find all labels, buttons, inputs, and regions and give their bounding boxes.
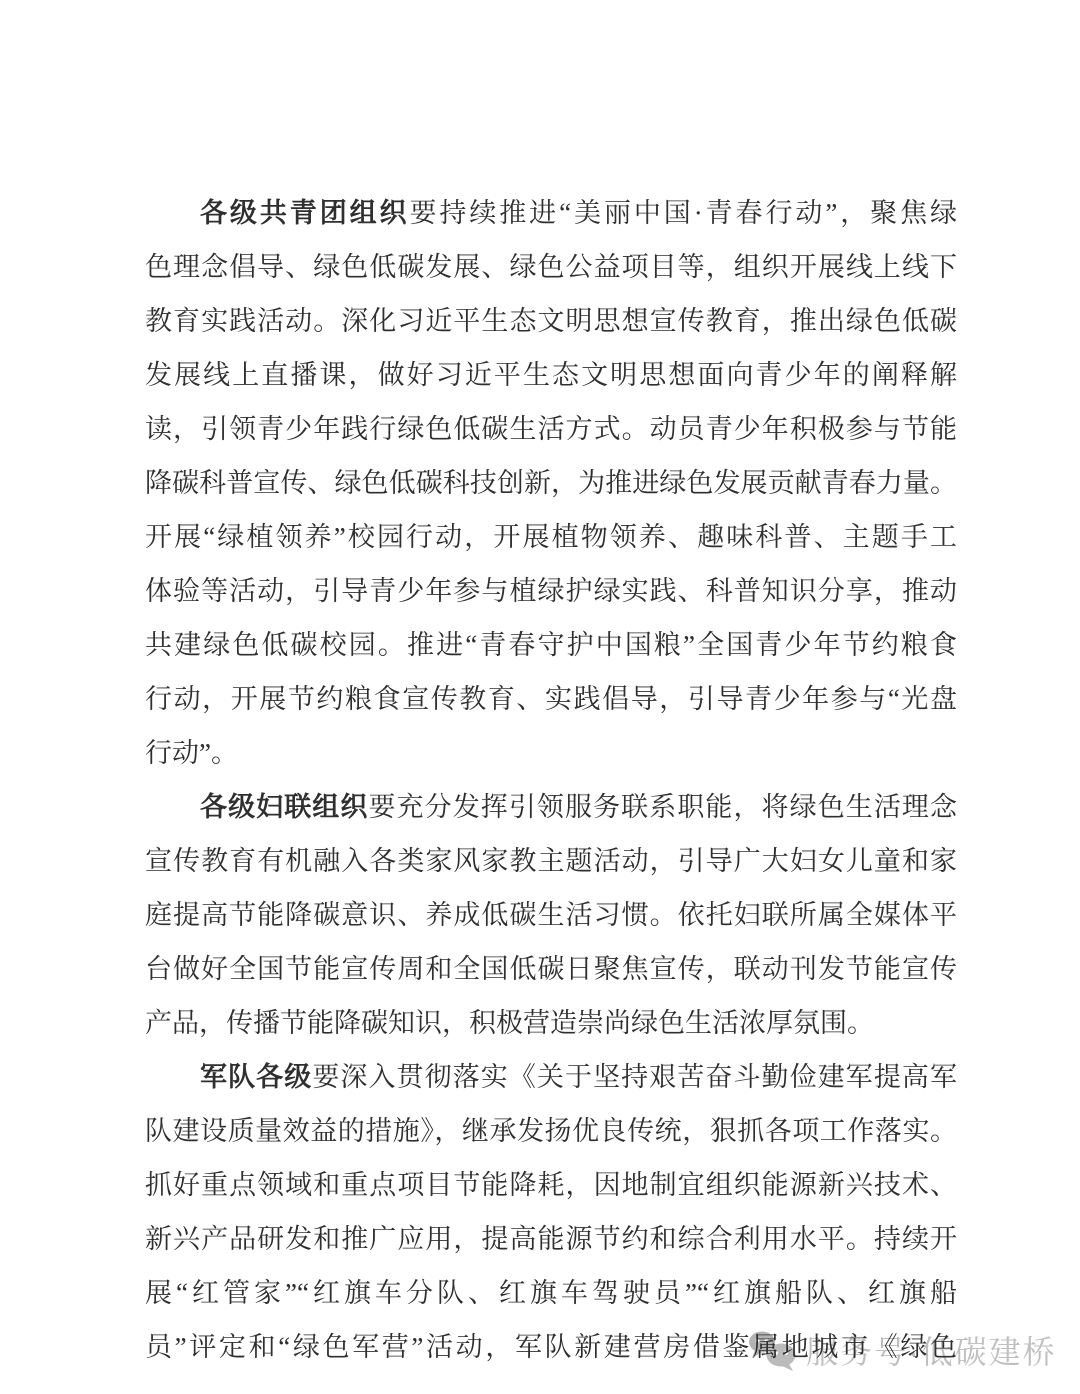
line-text: 要深入贯彻落实《关于坚持艰苦奋斗勤俭建军提高军 [312,1062,957,1092]
paragraph: 各级妇联组织要充分发挥引领服务联系职能，将绿色生活理念宣传教育有机融入各类家风家… [145,780,957,1050]
paragraph: 军队各级要深入贯彻落实《关于坚持艰苦奋斗勤俭建军提高军队建设质量效益的措施》，继… [145,1050,957,1374]
line-text: 要持续推进“美丽中国·青春行动”，聚焦绿 [409,198,957,228]
paragraph: 各级共青团组织要持续推进“美丽中国·青春行动”，聚焦绿色理念倡导、绿色低碳发展、… [145,186,957,780]
text-line: 开展“绿植领养”校园行动，开展植物领养、趣味科普、主题手工 [145,510,957,564]
line-text: 行动，开展节约粮食宣传教育、实践倡导，引导青少年参与“光盘 [145,684,957,714]
text-line: 员”评定和“绿色军营”活动，军队新建营房借鉴属地城市《绿色 [145,1320,957,1374]
line-text: 教育实践活动。深化习近平生态文明思想宣传教育，推出绿色低碳 [145,306,957,336]
document-body: 各级共青团组织要持续推进“美丽中国·青春行动”，聚焦绿色理念倡导、绿色低碳发展、… [145,186,957,1374]
text-line: 新兴产品研发和推广应用，提高能源节约和综合利用水平。持续开 [145,1212,957,1266]
text-line: 军队各级要深入贯彻落实《关于坚持艰苦奋斗勤俭建军提高军 [145,1050,957,1104]
line-text: 产品，传播节能降碳知识，积极营造崇尚绿色生活浓厚氛围。 [145,1008,874,1038]
line-text: 读，引领青少年践行绿色低碳生活方式。动员青少年积极参与节能 [145,414,957,444]
line-text: 行动”。 [145,738,238,768]
text-line: 抓好重点领域和重点项目节能降耗，因地制宜组织能源新兴技术、 [145,1158,957,1212]
document-page: 各级共青团组织要持续推进“美丽中国·青春行动”，聚焦绿色理念倡导、绿色低碳发展、… [0,0,1080,1394]
text-line: 降碳科普宣传、绿色低碳科技创新，为推进绿色发展贡献青春力量。 [145,456,957,510]
text-line: 台做好全国节能宣传周和全国低碳日聚焦宣传，联动刊发节能宣传 [145,942,957,996]
line-text: 队建设质量效益的措施》，继承发扬优良传统，狠抓各项工作落实。 [145,1116,957,1146]
line-text: 发展线上直播课，做好习近平生态文明思想面向青少年的阐释解 [145,360,957,390]
text-line: 色理念倡导、绿色低碳发展、绿色公益项目等，组织开展线上线下 [145,240,957,294]
text-line: 庭提高节能降碳意识、养成低碳生活习惯。依托妇联所属全媒体平 [145,888,957,942]
line-text: 共建绿色低碳校园。推进“青春守护中国粮”全国青少年节约粮食 [145,630,957,660]
line-text: 宣传教育有机融入各类家风家教主题活动，引导广大妇女儿童和家 [145,846,957,876]
text-line: 展“红管家”“红旗车分队、红旗车驾驶员”“红旗船队、红旗船 [145,1266,957,1320]
text-line: 队建设质量效益的措施》，继承发扬优良传统，狠抓各项工作落实。 [145,1104,957,1158]
line-text: 抓好重点领域和重点项目节能降耗，因地制宜组织能源新兴技术、 [145,1170,957,1200]
line-text: 展“红管家”“红旗车分队、红旗车驾驶员”“红旗船队、红旗船 [145,1278,957,1308]
text-line: 共建绿色低碳校园。推进“青春守护中国粮”全国青少年节约粮食 [145,618,957,672]
text-line: 行动，开展节约粮食宣传教育、实践倡导，引导青少年参与“光盘 [145,672,957,726]
text-line: 宣传教育有机融入各类家风家教主题活动，引导广大妇女儿童和家 [145,834,957,888]
text-line: 产品，传播节能降碳知识，积极营造崇尚绿色生活浓厚氛围。 [145,996,957,1050]
text-line: 发展线上直播课，做好习近平生态文明思想面向青少年的阐释解 [145,348,957,402]
line-text: 降碳科普宣传、绿色低碳科技创新，为推进绿色发展贡献青春力量。 [145,468,957,498]
line-text: 员”评定和“绿色军营”活动，军队新建营房借鉴属地城市《绿色 [145,1332,957,1362]
line-text: 色理念倡导、绿色低碳发展、绿色公益项目等，组织开展线上线下 [145,252,957,282]
line-text: 庭提高节能降碳意识、养成低碳生活习惯。依托妇联所属全媒体平 [145,900,957,930]
line-text: 新兴产品研发和推广应用，提高能源节约和综合利用水平。持续开 [145,1224,957,1254]
line-text: 台做好全国节能宣传周和全国低碳日聚焦宣传，联动刊发节能宣传 [145,954,957,984]
line-text: 体验等活动，引导青少年参与植绿护绿实践、科普知识分享，推动 [145,576,957,606]
text-line: 行动”。 [145,726,957,780]
line-text: 要充分发挥引领服务联系职能，将绿色生活理念 [368,792,957,822]
text-line: 体验等活动，引导青少年参与植绿护绿实践、科普知识分享，推动 [145,564,957,618]
text-line: 读，引领青少年践行绿色低碳生活方式。动员青少年积极参与节能 [145,402,957,456]
text-line: 教育实践活动。深化习近平生态文明思想宣传教育，推出绿色低碳 [145,294,957,348]
text-line: 各级共青团组织要持续推进“美丽中国·青春行动”，聚焦绿 [145,186,957,240]
text-line: 各级妇联组织要充分发挥引领服务联系职能，将绿色生活理念 [145,780,957,834]
line-text: 开展“绿植领养”校园行动，开展植物领养、趣味科普、主题手工 [145,522,957,552]
paragraph-lead: 各级共青团组织 [200,198,409,228]
paragraph-lead: 军队各级 [200,1062,312,1092]
paragraph-lead: 各级妇联组织 [200,792,368,822]
